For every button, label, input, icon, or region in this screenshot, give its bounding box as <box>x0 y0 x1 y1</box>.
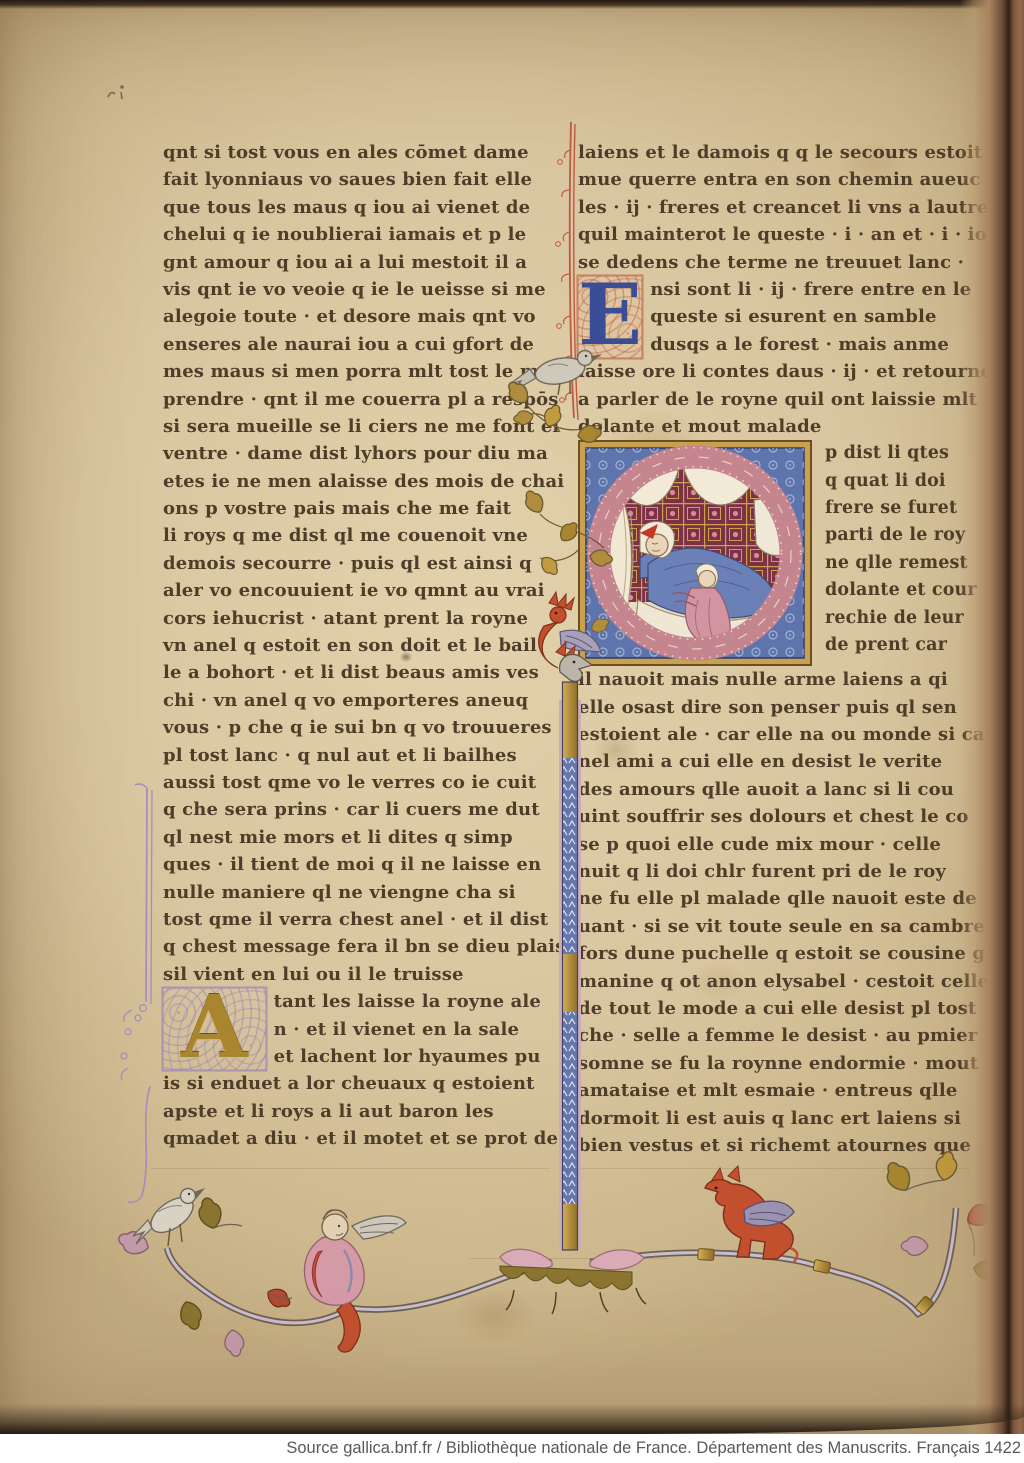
queen-head <box>646 534 668 556</box>
left-column-lines-indent: tant les laisse la royne alen · et il vi… <box>274 988 541 1070</box>
left-column-lines-1: qnt si tost vous en ales cōmet damefait … <box>163 139 541 988</box>
manuscript-text-line: pl tost lanc · q nul aut et li bailhes <box>163 742 541 769</box>
manuscript-text-line: il nauoit mais nulle arme laiens a qi <box>578 666 970 693</box>
manuscript-text-line: frere se furet <box>825 495 977 522</box>
right-column-lines-3: il nauoit mais nulle arme laiens a qiell… <box>578 666 970 1159</box>
manuscript-text-line: parti de le roy <box>825 522 977 549</box>
left-column-lines-2: is si enduet a lor cheuaux q estoientaps… <box>163 1070 541 1152</box>
manuscript-text-line: tant les laisse la royne ale <box>274 988 541 1015</box>
manuscript-text-line: de tout le mode a cui elle desist pl tos… <box>578 995 970 1022</box>
manuscript-text-line: prendre · qnt il me couerra pl a respōs <box>163 386 541 413</box>
manuscript-text-line: n · et il vienet en la sale <box>274 1016 541 1043</box>
manuscript-text-line: gnt amour q iou ai a lui mestoit il a <box>163 249 541 276</box>
manuscript-text-line: le a bohort · et li dist beaus amis ves <box>163 659 541 686</box>
manuscript-text-line: se p quoi elle cude mix mour · celle <box>578 831 970 858</box>
red-dragon-icon <box>705 1166 797 1262</box>
manuscript-text-line: nulle maniere ql ne viengne cha si <box>163 879 541 906</box>
gallica-caption-bar: Source gallica.bnf.fr / Bibliothèque nat… <box>0 1434 1024 1463</box>
manuscript-text-line: apste et li roys a li aut baron les <box>163 1098 541 1125</box>
right-column-narrow-lines: p dist li qtesq quat li doifrere se fure… <box>812 440 977 666</box>
manuscript-text-line: amataise et mlt esmaie · entreus qlle <box>578 1077 970 1104</box>
winged-human-hybrid-icon <box>304 1210 406 1352</box>
parchment-stain <box>452 1286 538 1344</box>
manuscript-text-line: si sera mueille se li ciers ne me font e… <box>163 413 541 440</box>
manuscript-text-line: dusqs a le forest · mais anme <box>650 331 971 358</box>
book-fore-edge <box>960 0 1024 1434</box>
manuscript-text-line: queste si esurent en samble <box>650 303 971 330</box>
manuscript-text-line: fors dune puchelle q estoit se cousine g <box>578 940 970 967</box>
manuscript-text-line: q quat li doi <box>825 468 977 495</box>
manuscript-text-line: chi · vn anel q vo emporteres aneuq <box>163 687 541 714</box>
manuscript-text-line: tost qme il verra chest anel · et il dis… <box>163 906 541 933</box>
text-column-right: laiens et le damois q q le secours estoi… <box>578 139 970 1159</box>
illuminated-initial-E: E <box>578 276 642 358</box>
manuscript-text-line: ne qlle remest <box>825 550 977 577</box>
manuscript-text-line: vous · p che q ie sui bn q vo trouueres <box>163 714 541 741</box>
manuscript-text-line: mue querre entra en son chemin aueuc <box>578 166 970 193</box>
manuscript-text-line: fait lyonniaus vo saues bien fait elle <box>163 166 541 193</box>
manuscript-text-line: somne se fu la roynne endormie · mout <box>578 1050 970 1077</box>
manuscript-text-line: aussi tost qme vo le verres co ie cuit <box>163 769 541 796</box>
manuscript-text-line: a parler de le royne quil ont laissie ml… <box>578 386 970 413</box>
manuscript-text-line: les · ij · freres et creancet li vns a l… <box>578 194 970 221</box>
manuscript-text-line: chelui q ie noublierai iamais et p le <box>163 221 541 248</box>
manuscript-text-line: vn anel q estoit en son doit et le bail <box>163 632 541 659</box>
ruling-line <box>470 1258 670 1259</box>
ruling-line <box>578 1168 970 1169</box>
historiated-initial-miniature <box>578 440 812 666</box>
folio-pen-marks <box>108 86 123 99</box>
manuscript-text-line: che · selle a femme le desist · au pmier <box>578 1022 970 1049</box>
scan-bottom-shadow <box>0 1404 1024 1434</box>
right-column-lines-2: laisse ore li contes daus · ij · et reto… <box>578 358 970 440</box>
manuscript-text-line: qmadet a diu · et il motet et se prot de <box>163 1125 541 1152</box>
miniature-row: p dist li qtesq quat li doifrere se fure… <box>578 440 970 666</box>
bottom-border-vine <box>115 1150 1001 1358</box>
manuscript-text-line: dolante et mout malade <box>578 413 970 440</box>
manuscript-text-line: uant · si se vit toute seule en sa cambr… <box>578 913 970 940</box>
attendant-head <box>699 571 716 588</box>
manuscript-text-line: p dist li qtes <box>825 440 977 467</box>
left-initial-section: A tant les laisse la royne alen · et il … <box>163 988 541 1070</box>
manuscript-text-line: manine q ot anon elysabel · cestoit cell… <box>578 968 970 995</box>
manuscript-text-line: bien vestus et si richemt atournes que <box>578 1132 970 1159</box>
parchment-photo: qnt si tost vous en ales cōmet damefait … <box>0 0 1024 1434</box>
manuscript-text-line: de prent car <box>825 632 977 659</box>
manuscript-text-line: rechie de leur <box>825 605 977 632</box>
manuscript-text-line: laiens et le damois q q le secours estoi… <box>578 139 970 166</box>
manuscript-text-line: aler vo encouuient ie vo qmnt au vrai <box>163 577 541 604</box>
right-column-lines-indent: nsi sont li · ij · frere entre en leques… <box>650 276 971 358</box>
manuscript-text-line: ql nest mie mors et li dites q simp <box>163 824 541 851</box>
manuscript-text-line: estoient ale · car elle na ou monde si c… <box>578 721 970 748</box>
manuscript-text-line: nuit q li doi chlr furent pri de le roy <box>578 858 970 885</box>
manuscript-text-line: alegoie toute · et desore mais qnt vo <box>163 303 541 330</box>
manuscript-text-line: dolante et cour <box>825 577 977 604</box>
manuscript-text-line: li roys q me dist ql me couenoit vne <box>163 522 541 549</box>
right-initial-section: E nsi sont li · ij · frere entre en lequ… <box>578 276 970 358</box>
ruling-line <box>150 1168 550 1169</box>
manuscript-text-line: ventre · dame dist lyhors pour diu ma <box>163 440 541 467</box>
manuscript-scan-page: qnt si tost vous en ales cōmet damefait … <box>0 0 1024 1463</box>
manuscript-text-line: elle osast dire son penser puis ql sen <box>578 694 970 721</box>
manuscript-text-line: cors iehucrist · atant prent la royne <box>163 605 541 632</box>
manuscript-text-line: des amours qlle auoit a lanc si li cou <box>578 776 970 803</box>
manuscript-text-line: q che sera prins · car li cuers me dut <box>163 796 541 823</box>
gallica-source-caption: Source gallica.bnf.fr / Bibliothèque nat… <box>286 1439 1024 1458</box>
manuscript-text-line: vis qnt ie vo veoie q ie le ueisse si me <box>163 276 541 303</box>
text-column-left: qnt si tost vous en ales cōmet damefait … <box>163 139 541 1152</box>
manuscript-text-line: nsi sont li · ij · frere entre en le <box>650 276 971 303</box>
purple-penwork-bracket <box>121 784 152 1202</box>
manuscript-text-line: demois secourre · puis ql est ainsi q <box>163 550 541 577</box>
manuscript-text-line: ne fu elle pl malade qlle nauoit este de <box>578 885 970 912</box>
manuscript-text-line: nel ami a cui elle en desist le verite <box>578 748 970 775</box>
illuminated-initial-A: A <box>163 988 266 1070</box>
bottom-bird-icon <box>133 1188 205 1246</box>
manuscript-text-line: ons p vostre pais mais che me fait <box>163 495 541 522</box>
scan-top-edge <box>0 0 1024 9</box>
manuscript-text-line: dormoit li est auis q lanc ert laiens si <box>578 1105 970 1132</box>
manuscript-text-line: quil mainterot le queste · i · an et · i… <box>578 221 970 248</box>
manuscript-text-line: q chest message fera il bn se dieu plais… <box>163 933 541 960</box>
manuscript-text-line: enseres ale naurai iou a cui gfort de <box>163 331 541 358</box>
manuscript-text-line: uint souffrir ses dolours et chest le co <box>578 803 970 830</box>
manuscript-text-line: mes maus si men porra mlt tost le mort <box>163 358 541 385</box>
manuscript-text-line: et lachent lor hyaumes pu <box>274 1043 541 1070</box>
manuscript-text-line: ques · il tient de moi q il ne laisse en <box>163 851 541 878</box>
right-column-lines-1: laiens et le damois q q le secours estoi… <box>578 139 970 276</box>
manuscript-text-line: qnt si tost vous en ales cōmet dame <box>163 139 541 166</box>
manuscript-text-line: etes ie ne men alaisse des mois de chai <box>163 468 541 495</box>
manuscript-text-line: que tous les maus q iou ai vienet de <box>163 194 541 221</box>
